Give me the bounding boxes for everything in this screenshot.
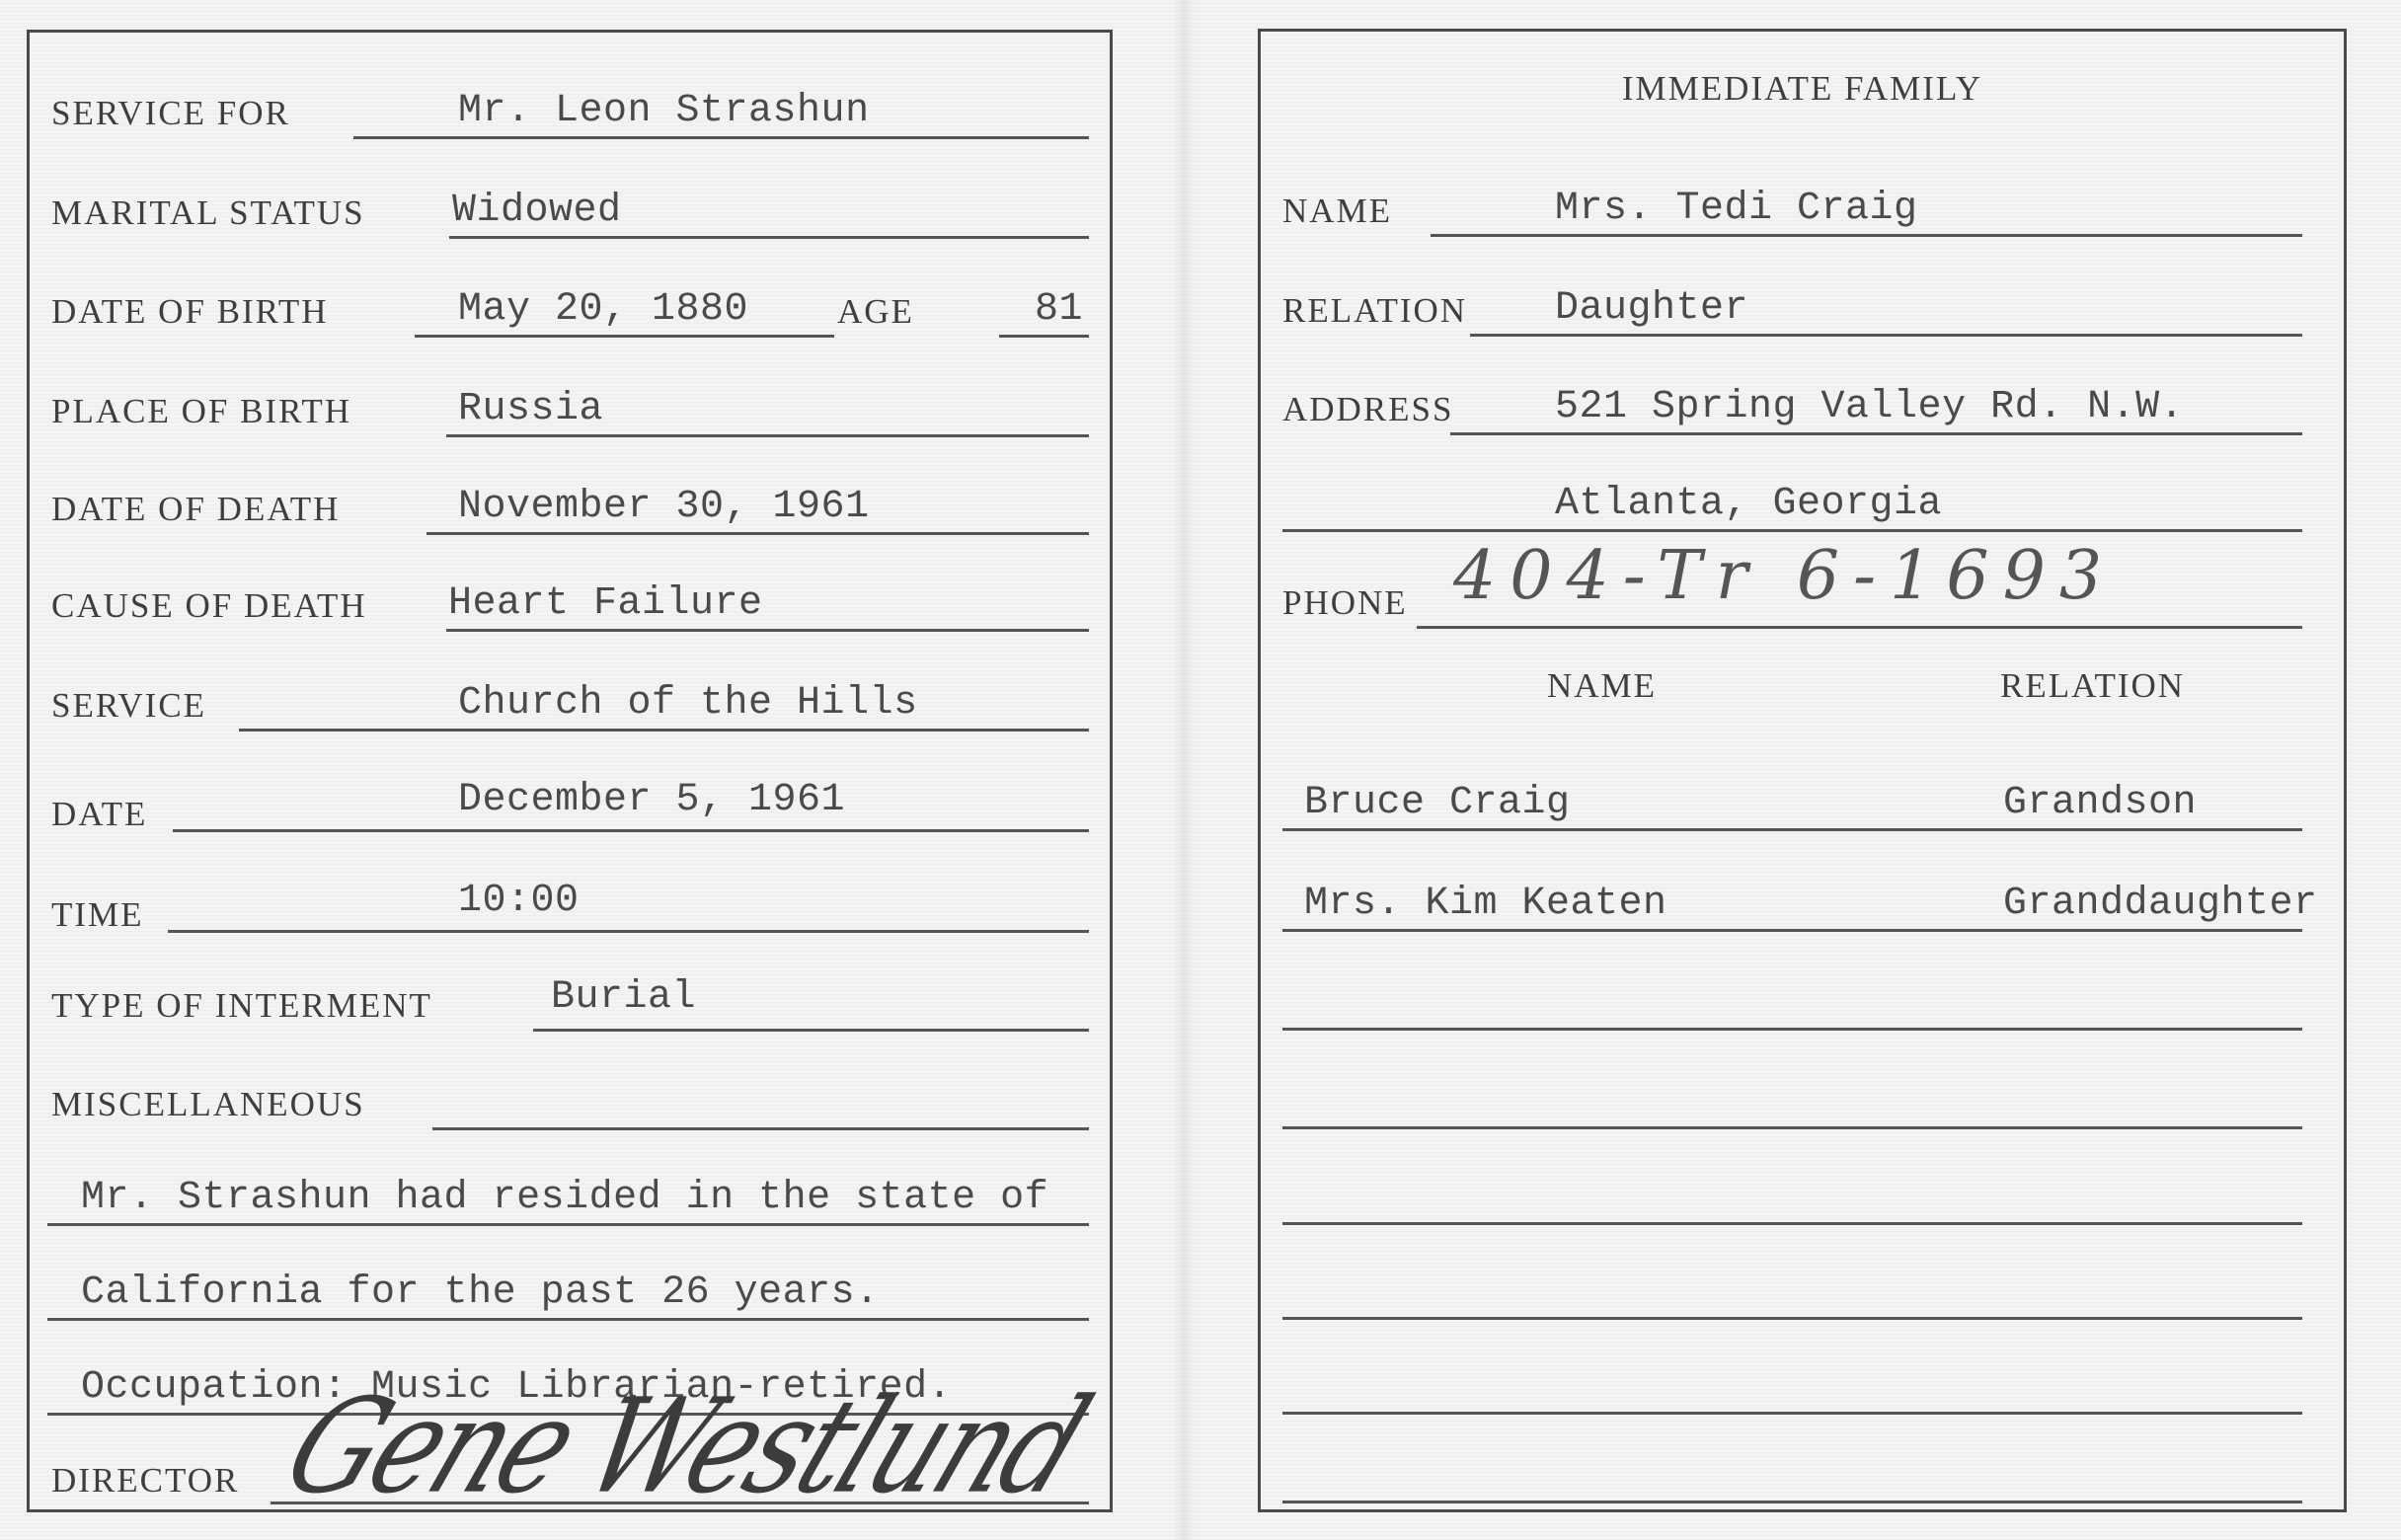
immediate-family-title: IMMEDIATE FAMILY: [1261, 69, 2344, 109]
family-name-value[interactable]: Mrs. Tedi Craig: [1555, 187, 1918, 231]
family-address-row: ADDRESS 521 Spring Valley Rd. N.W.: [1261, 376, 2344, 435]
immediate-family-card: IMMEDIATE FAMILY NAME Mrs. Tedi Craig RE…: [1258, 29, 2347, 1512]
blank-line: [1282, 1501, 2302, 1503]
service-for-row: SERVICE FOR Mr. Leon Strashun: [30, 80, 1116, 139]
family-address-line: [1450, 432, 2302, 435]
miscellaneous-label: MISCELLANEOUS: [51, 1085, 365, 1124]
date-line: [173, 829, 1089, 832]
family-name-row: NAME Mrs. Tedi Craig: [1261, 178, 2344, 237]
date-value[interactable]: December 5, 1961: [458, 778, 845, 822]
blank-line: [1282, 1222, 2302, 1225]
misc-text-2[interactable]: California for the past 26 years.: [81, 1270, 880, 1315]
miscellaneous-line: [432, 1127, 1089, 1130]
miscellaneous-row: MISCELLANEOUS: [30, 1071, 1116, 1130]
misc-line-2: [47, 1318, 1089, 1321]
others-name-header: NAME: [1547, 666, 1657, 706]
misc-line-1-row: Mr. Strashun had resided in the state of: [30, 1167, 1116, 1226]
family-member-row-empty[interactable]: [1261, 1166, 2344, 1225]
age-line: [999, 335, 1089, 338]
service-label: SERVICE: [51, 686, 206, 726]
director-label: DIRECTOR: [51, 1461, 239, 1501]
service-for-value[interactable]: Mr. Leon Strashun: [458, 89, 870, 133]
family-name-line: [1431, 234, 2302, 237]
blank-line: [1282, 1412, 2302, 1415]
date-label: DATE: [51, 795, 147, 834]
family-member-row-empty[interactable]: [1261, 1444, 2344, 1503]
cause-of-death-row: CAUSE OF DEATH Heart Failure: [30, 573, 1116, 632]
family-relation-line: [1470, 334, 2302, 337]
time-row: TIME 10:00: [30, 874, 1116, 933]
family-member-name[interactable]: Mrs. Kim Keaten: [1304, 882, 1667, 926]
service-for-line: [353, 136, 1089, 139]
others-relation-header: RELATION: [2000, 666, 2185, 706]
family-member-name[interactable]: Bruce Craig: [1304, 781, 1571, 825]
family-phone-label: PHONE: [1282, 583, 1408, 623]
misc-line-2-row: California for the past 26 years.: [30, 1262, 1116, 1321]
type-of-interment-line: [533, 1029, 1089, 1032]
family-phone-value[interactable]: 404-Tr 6-1693: [1453, 537, 2116, 615]
date-of-birth-row: DATE OF BIRTH May 20, 1880 AGE 81: [30, 278, 1116, 338]
family-member-line: [1282, 929, 2302, 932]
type-of-interment-value[interactable]: Burial: [551, 975, 696, 1020]
family-member-row-empty[interactable]: [1261, 971, 2344, 1031]
family-address-row-2: Atlanta, Georgia: [1261, 473, 2344, 532]
age-value[interactable]: 81: [1035, 287, 1083, 332]
family-address-value-2[interactable]: Atlanta, Georgia: [1555, 482, 1942, 526]
date-of-birth-label: DATE OF BIRTH: [51, 292, 329, 332]
family-relation-row: RELATION Daughter: [1261, 277, 2344, 337]
place-of-birth-row: PLACE OF BIRTH Russia: [30, 378, 1116, 437]
time-label: TIME: [51, 895, 144, 935]
family-address-line-2: [1282, 529, 2302, 532]
marital-status-line: [449, 236, 1089, 239]
service-row: SERVICE Church of the Hills: [30, 672, 1116, 731]
misc-text-1[interactable]: Mr. Strashun had resided in the state of: [81, 1176, 1048, 1220]
blank-line: [1282, 1028, 2302, 1031]
service-value[interactable]: Church of the Hills: [458, 681, 918, 726]
date-of-death-label: DATE OF DEATH: [51, 490, 340, 529]
misc-line-1: [47, 1223, 1089, 1226]
family-relation-label: RELATION: [1282, 291, 1467, 331]
family-member-row: Mrs. Kim Keaten Granddaughter: [1261, 873, 2344, 932]
family-phone-line: [1417, 626, 2302, 629]
family-member-row-empty[interactable]: [1261, 1355, 2344, 1415]
service-record-card: SERVICE FOR Mr. Leon Strashun MARITAL ST…: [27, 30, 1113, 1512]
family-member-relation[interactable]: Granddaughter: [2003, 882, 2318, 926]
place-of-birth-line: [446, 434, 1089, 437]
place-of-birth-value[interactable]: Russia: [458, 387, 603, 431]
place-of-birth-label: PLACE OF BIRTH: [51, 392, 351, 431]
family-member-relation[interactable]: Grandson: [2003, 781, 2197, 825]
time-line: [168, 930, 1089, 933]
family-member-row-empty[interactable]: [1261, 1070, 2344, 1129]
date-of-death-line: [426, 532, 1089, 535]
cause-of-death-label: CAUSE OF DEATH: [51, 586, 367, 626]
type-of-interment-row: TYPE OF INTERMENT Burial: [30, 972, 1116, 1032]
date-of-birth-value[interactable]: May 20, 1880: [458, 287, 748, 332]
service-for-label: SERVICE FOR: [51, 94, 290, 133]
date-row: DATE December 5, 1961: [30, 773, 1116, 832]
family-address-label: ADDRESS: [1282, 390, 1453, 429]
director-signature: Gene Westlund: [266, 1370, 1106, 1522]
blank-line: [1282, 1126, 2302, 1129]
marital-status-value[interactable]: Widowed: [452, 189, 622, 233]
cause-of-death-line: [446, 629, 1089, 632]
age-label: AGE: [837, 292, 914, 332]
marital-status-row: MARITAL STATUS Widowed: [30, 180, 1116, 239]
service-line: [239, 729, 1089, 731]
date-of-birth-line: [415, 335, 834, 338]
family-member-row: Bruce Craig Grandson: [1261, 772, 2344, 831]
type-of-interment-label: TYPE OF INTERMENT: [51, 986, 432, 1026]
family-member-line: [1282, 828, 2302, 831]
date-of-death-row: DATE OF DEATH November 30, 1961: [30, 476, 1116, 535]
time-value[interactable]: 10:00: [458, 879, 580, 923]
family-member-row-empty[interactable]: [1261, 1261, 2344, 1320]
paper-fold: [1173, 0, 1195, 1540]
marital-status-label: MARITAL STATUS: [51, 193, 365, 233]
family-name-label: NAME: [1282, 192, 1392, 231]
date-of-death-value[interactable]: November 30, 1961: [458, 485, 870, 529]
family-relation-value[interactable]: Daughter: [1555, 286, 1748, 331]
cause-of-death-value[interactable]: Heart Failure: [448, 581, 763, 626]
family-address-value-1[interactable]: 521 Spring Valley Rd. N.W.: [1555, 385, 2184, 429]
blank-line: [1282, 1317, 2302, 1320]
